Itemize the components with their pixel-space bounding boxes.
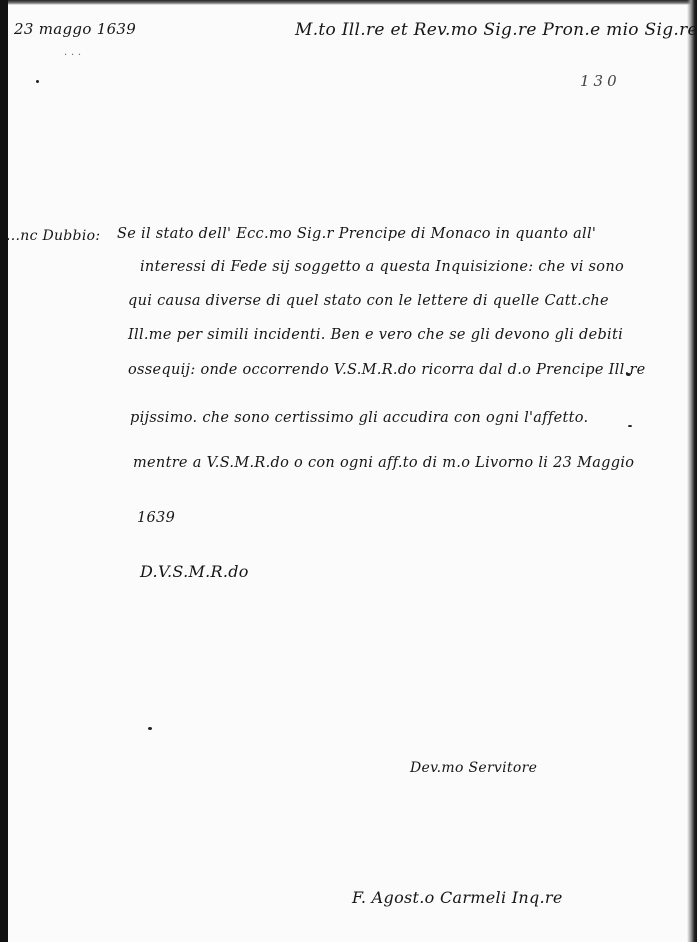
signature: F. Agost.o Carmeli Inq.re (352, 888, 563, 907)
body-line-address: D.V.S.M.R.do (140, 562, 249, 581)
scan-edge-right (687, 0, 697, 942)
header-date-annotation: · · · (64, 50, 81, 61)
scan-edge-top (0, 0, 697, 5)
folio-number: 130 (580, 72, 621, 90)
body-line: ossequij: onde occorrendo V.S.M.R.do ric… (128, 362, 646, 378)
closing: Dev.mo Servitore (410, 760, 537, 776)
body-line: Se il stato dell' Ecc.mo Sig.r Prencipe … (117, 226, 596, 242)
manuscript-page: 23 maggo 1639 · · · M.to Ill.re et Rev.m… (0, 0, 697, 942)
scan-edge-left (0, 0, 8, 942)
body-line: interessi di Fede sij soggetto a questa … (140, 259, 624, 275)
ink-speck (148, 727, 152, 730)
body-line: qui causa diverse di quel stato con le l… (128, 293, 609, 309)
ink-speck (628, 425, 632, 427)
body-line: mentre a V.S.M.R.do o con ogni aff.to di… (133, 455, 634, 471)
ink-speck (36, 80, 39, 83)
body-line: Ill.me per simili incidenti. Ben e vero … (128, 327, 623, 343)
ink-speck (626, 373, 631, 376)
header-date: 23 maggo 1639 (14, 20, 136, 38)
salutation: M.to Ill.re et Rev.mo Sig.re Pron.e mio … (295, 20, 697, 40)
body-line-year: 1639 (137, 510, 175, 526)
margin-note: ...nc Dubbio: (6, 228, 100, 244)
body-line: pijssimo. che sono certissimo gli accudi… (130, 410, 588, 426)
